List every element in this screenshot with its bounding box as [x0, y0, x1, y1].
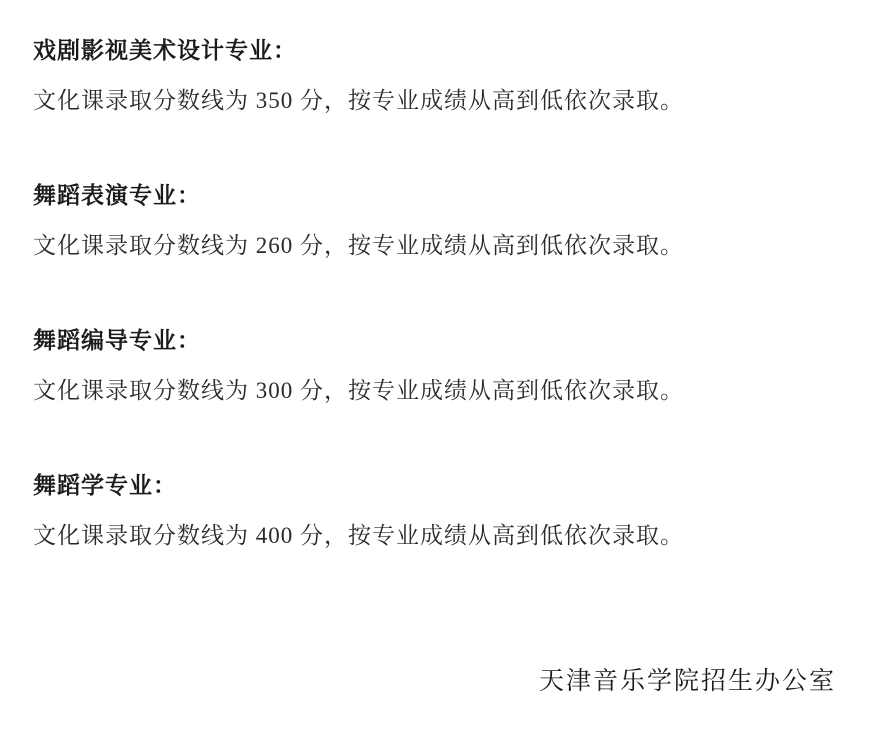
section-body: 文化课录取分数线为 300 分，按专业成绩从高到低依次录取。: [33, 376, 836, 406]
section-heading: 戏剧影视美术设计专业：: [33, 35, 836, 65]
section-heading: 舞蹈学专业：: [33, 470, 836, 500]
section-heading: 舞蹈表演专业：: [33, 180, 836, 210]
section-heading: 舞蹈编导专业：: [33, 325, 836, 355]
section-dance-performance: 舞蹈表演专业： 文化课录取分数线为 260 分，按专业成绩从高到低依次录取。: [33, 180, 836, 261]
section-body: 文化课录取分数线为 350 分，按专业成绩从高到低依次录取。: [33, 86, 836, 116]
section-body: 文化课录取分数线为 400 分，按专业成绩从高到低依次录取。: [33, 521, 836, 551]
section-dance-choreography: 舞蹈编导专业： 文化课录取分数线为 300 分，按专业成绩从高到低依次录取。: [33, 325, 836, 406]
section-drama-art-design: 戏剧影视美术设计专业： 文化课录取分数线为 350 分，按专业成绩从高到低依次录…: [33, 35, 836, 116]
signature: 天津音乐学院招生办公室: [33, 665, 836, 698]
section-dance-studies: 舞蹈学专业： 文化课录取分数线为 400 分，按专业成绩从高到低依次录取。: [33, 470, 836, 551]
document-page: 戏剧影视美术设计专业： 文化课录取分数线为 350 分，按专业成绩从高到低依次录…: [0, 0, 881, 743]
section-body: 文化课录取分数线为 260 分，按专业成绩从高到低依次录取。: [33, 231, 836, 261]
